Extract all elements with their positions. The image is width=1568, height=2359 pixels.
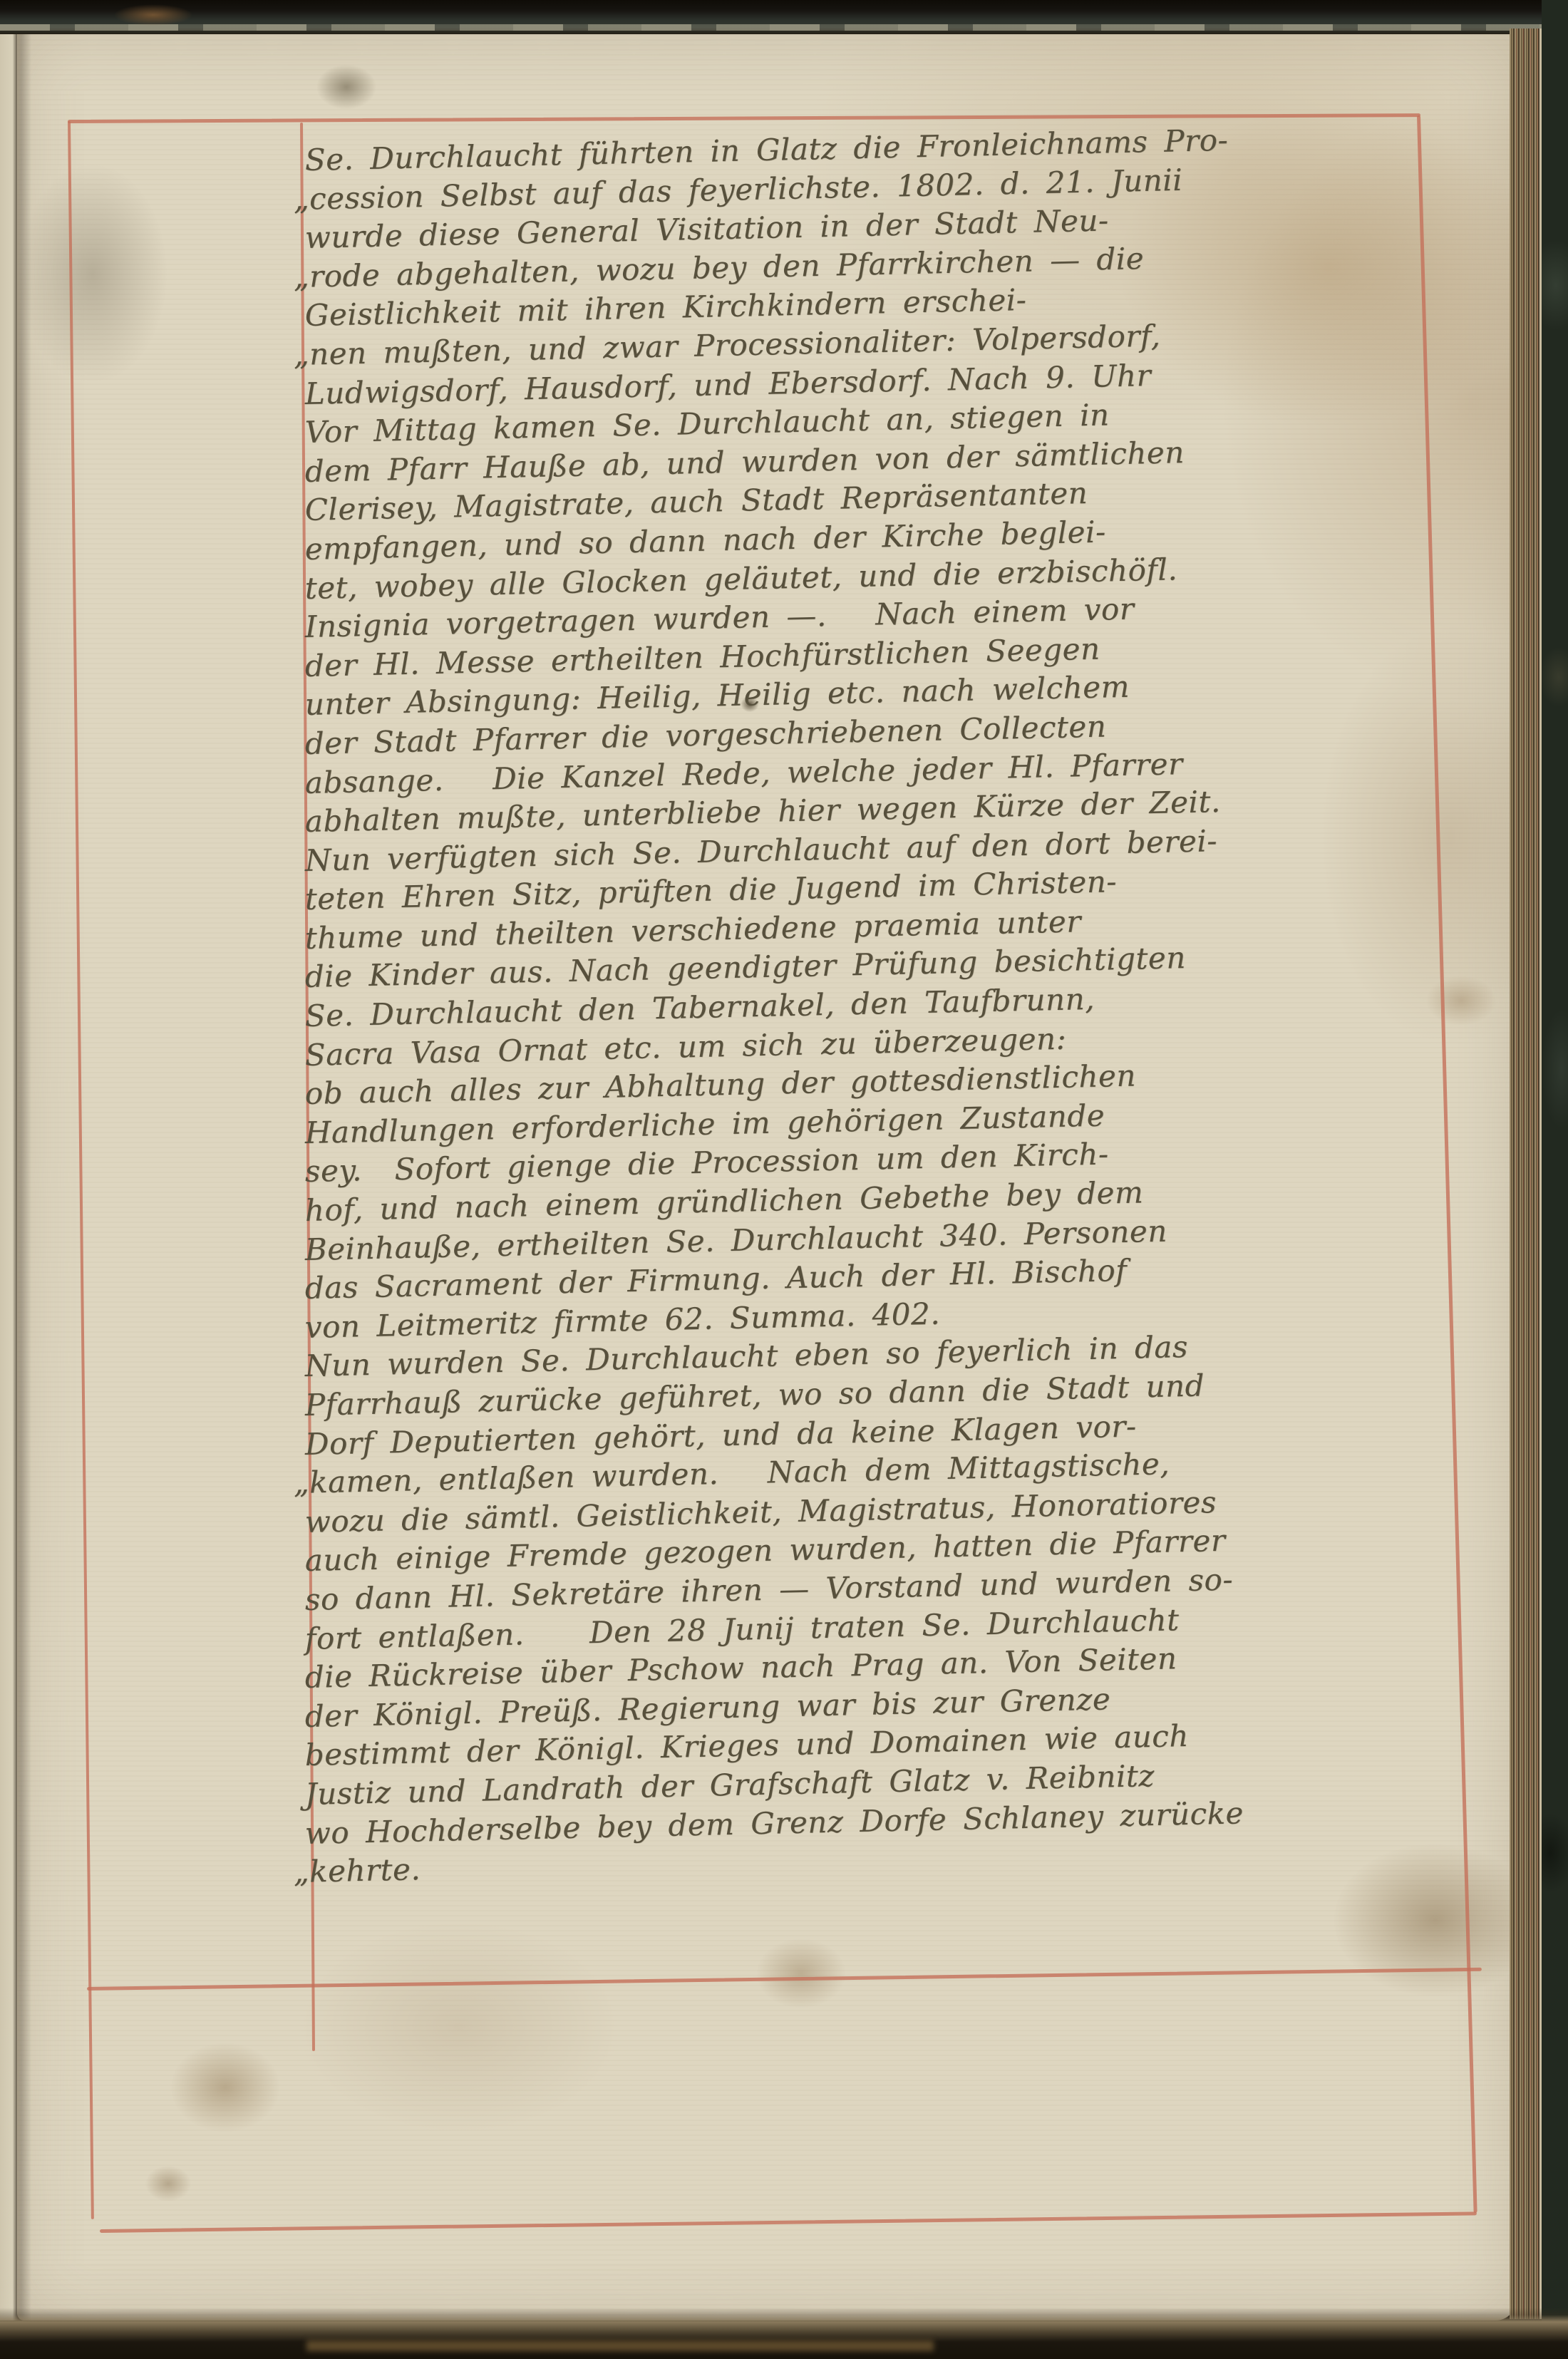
book-bottom-edge	[0, 2308, 1568, 2359]
book-cover-right	[1542, 0, 1568, 2359]
book-top-edge	[0, 0, 1568, 34]
manuscript-text: Se. Durchlaucht führten in Glatz die Fro…	[305, 141, 1438, 1892]
top-edge-stain	[114, 4, 192, 26]
fore-edge-ruling-flecks	[1510, 29, 1539, 2319]
page-gutter-shadow	[0, 31, 31, 2321]
manuscript-page: Se. Durchlaucht führten in Glatz die Fro…	[17, 31, 1517, 2321]
bottom-edge-wear-streak	[306, 2340, 934, 2351]
book-scan: Se. Durchlaucht führten in Glatz die Fro…	[0, 0, 1568, 2359]
fore-edge-pages	[1510, 29, 1542, 2319]
top-edge-wear	[0, 24, 1568, 31]
ruling-left-margin-line	[68, 121, 94, 2219]
ruling-bottom-margin-line	[100, 2211, 1477, 2233]
ruling-bottom-frame-line	[87, 1968, 1482, 1991]
